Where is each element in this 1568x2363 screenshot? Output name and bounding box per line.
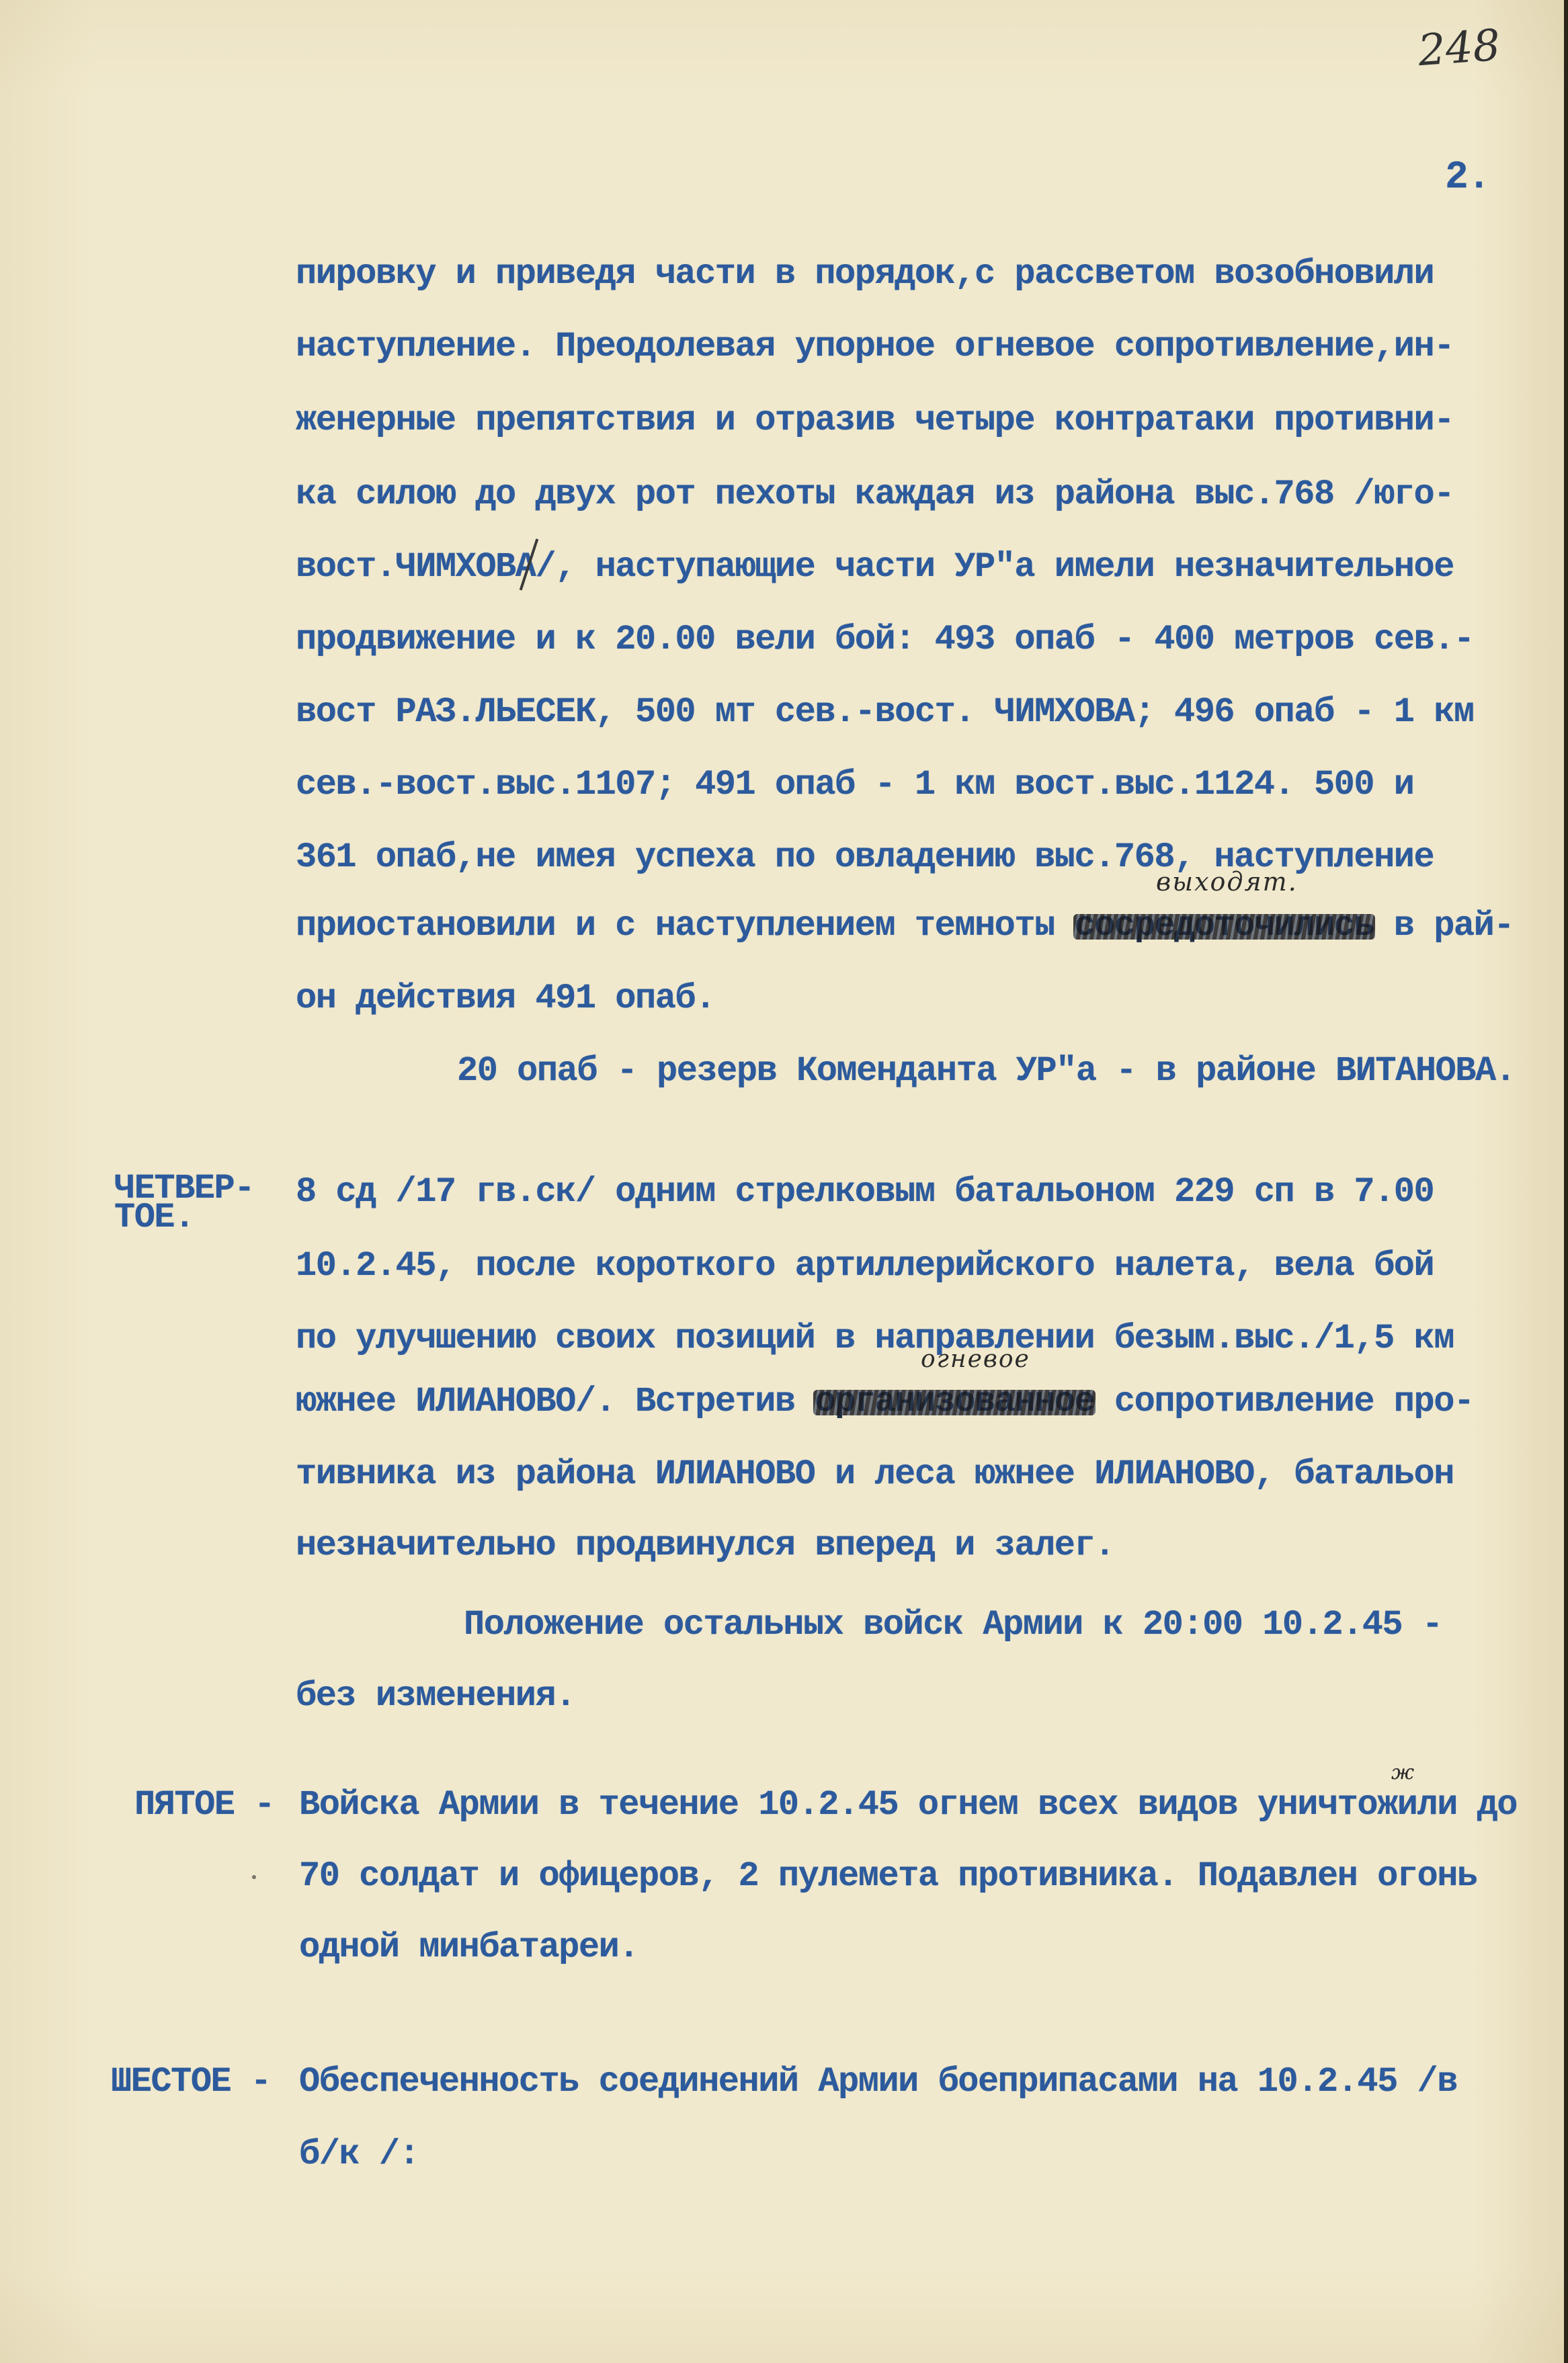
text-segment: приостановили и с наступлением темноты <box>296 906 1075 946</box>
text-segment: в рай- <box>1374 906 1514 946</box>
text-line: одной минбатареи. <box>299 1930 638 1965</box>
text-line: сев.-вост.выс.1107; 491 опаб - 1 км вост… <box>296 768 1413 802</box>
handwritten-correction: выходят. <box>1156 867 1298 897</box>
text-line: незначительно продвинулся вперед и залег… <box>296 1528 1114 1563</box>
section-label-sixth: ШЕСТОЕ - <box>111 2065 271 2100</box>
text-line: ка силою до двух рот пехоты каждая из ра… <box>296 477 1454 512</box>
page-number: 2. <box>1445 159 1490 198</box>
text-line: он действия 491 опаб. <box>296 981 715 1016</box>
text-line: 8 сд /17 гв.ск/ одним стрелковым батальо… <box>296 1175 1434 1210</box>
text-line: б/к /: <box>299 2137 419 2172</box>
text-line: тивника из района ИЛИАНОВО и леса южнее … <box>296 1457 1454 1492</box>
text-line: 10.2.45, после короткого артиллерийского… <box>296 1249 1434 1284</box>
text-line: пировку и приведя части в порядок,с расс… <box>296 257 1434 292</box>
text-line: 70 солдат и офицеров, 2 пулемета противн… <box>299 1859 1477 1894</box>
section-label-line: ТОЕ. <box>114 1198 194 1237</box>
text-line: Обеспеченность соединений Армии боеприпа… <box>299 2065 1457 2100</box>
struck-out-word: организованное <box>815 1384 1094 1419</box>
text-line: вост.ЧИМХОВА/, наступающие части УР"а им… <box>296 550 1454 585</box>
archive-sheet-number: 248 <box>1417 24 1501 73</box>
text-line-with-strikeout: южнее ИЛИАНОВО/. Встретив организованное… <box>296 1384 1474 1419</box>
text-line: продвижение и к 20.00 вели бой: 493 опаб… <box>296 622 1474 657</box>
text-line: Войска Армии в течение 10.2.45 огнем все… <box>299 1788 1517 1823</box>
summary-line: без изменения. <box>296 1679 575 1714</box>
section-label-fifth: ПЯТОЕ - <box>134 1788 274 1823</box>
text-line: женерные препятствия и отразив четыре ко… <box>296 403 1454 438</box>
text-line: вост РАЗ.ЛЬЕСЕК, 500 мт сев.-вост. ЧИМХО… <box>296 695 1474 730</box>
ink-speck <box>252 1875 256 1879</box>
handwritten-correction: ж <box>1391 1761 1415 1784</box>
struck-out-word: сосредоточились <box>1075 909 1374 944</box>
document-page: 248 2. пировку и приведя части в порядок… <box>0 0 1568 2363</box>
section-label-fourth: ЧЕТВЕР-ТОЕ. <box>114 1175 254 1232</box>
text-segment: сопротивление про- <box>1094 1382 1473 1421</box>
summary-line: Положение остальных войск Армии к 20:00 … <box>464 1608 1442 1643</box>
text-line: по улучшению своих позиций в направлении… <box>296 1321 1454 1356</box>
text-line-with-strikeout: приостановили и с наступлением темноты с… <box>296 909 1514 944</box>
text-segment: южнее ИЛИАНОВО/. Встретив <box>296 1382 815 1421</box>
text-line: наступление. Преодолевая упорное огневое… <box>296 329 1454 364</box>
handwritten-correction: огневое <box>921 1345 1030 1373</box>
reserve-line: 20 опаб - резерв Коменданта УР"а - в рай… <box>457 1054 1515 1089</box>
